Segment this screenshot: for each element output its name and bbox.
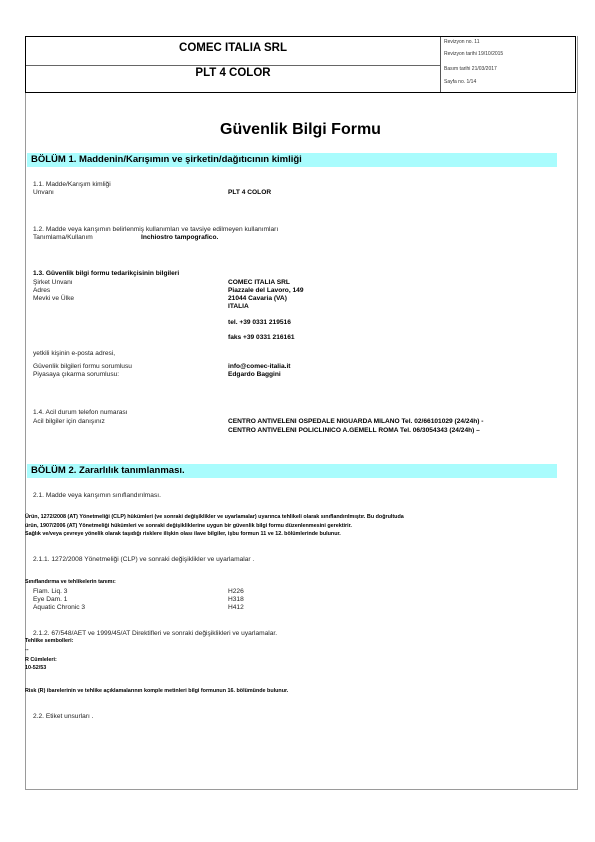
supplier-tel: tel. +39 0331 219516 [228, 319, 291, 326]
r-phrases-note: Risk (R) ibarelerinin ve tehlike açıklam… [25, 688, 288, 694]
s1-3-title: 1.3. Güvenlik bilgi formu tedarikçisinin… [33, 270, 179, 277]
s1-1-title: 1.1. Madde/Karışım kimliği [33, 181, 111, 188]
class-row: Eye Dam. 1 [33, 596, 67, 603]
s2-2-title: 2.2. Etiket unsurları . [33, 713, 93, 720]
print-date: Basım tarihi 21/03/2017 [444, 66, 497, 72]
header-company: COMEC ITALIA SRL [26, 37, 440, 66]
s1-3-label-location: Mevki ve Ülke [33, 295, 74, 302]
s1-4-label: Acil bilgiler için danışınız [33, 418, 105, 425]
class-row: Aquatic Chronic 3 [33, 604, 85, 611]
s2-1-paragraph: Ürün, 1272/2008 (AT) Yönetmeliği (CLP) h… [25, 513, 575, 539]
sds-responsible-label: Güvenlik bilgileri formu sorumlusu [33, 363, 132, 370]
s1-3-label-company: Şirket Unvanı [33, 279, 73, 286]
hazard-symbols-label: Tehlike sembolleri: [25, 638, 73, 644]
s1-2-label: Tanımlama/Kullanım [33, 234, 93, 241]
section-1-heading: BÖLÜM 1. Maddenin/Karışımın ve şirketin/… [27, 153, 557, 167]
sds-responsible-email[interactable]: info@comec-italia.it [228, 363, 291, 370]
supplier-company: COMEC ITALIA SRL [228, 279, 290, 286]
market-responsible-label: Piyasaya çıkarma sorumlusu: [33, 371, 119, 378]
header-left-cell: COMEC ITALIA SRL PLT 4 COLOR [26, 37, 441, 92]
r-phrases-value: 10-52/53 [25, 665, 46, 671]
s1-1-label: Unvanı [33, 189, 54, 196]
revision-date: Revizyon tarihi 19/10/2015 [444, 51, 503, 57]
classification-heading: Sınıflandırma ve tehlikelerin tanımı: [25, 579, 116, 585]
supplier-fax: faks +39 0331 216161 [228, 334, 295, 341]
class-row: Flam. Liq. 3 [33, 588, 67, 595]
supplier-address: Piazzale del Lavoro, 149 [228, 287, 304, 294]
s1-2-value: Inchiostro tampografico. [141, 234, 218, 241]
s2-1-2-title: 2.1.2. 67/548/AET ve 1999/45/AT Direktif… [33, 630, 277, 637]
email-heading: yetkili kişinin e-posta adresi, [33, 350, 115, 357]
s2-1-paragraph-line: ürün, 1907/2006 (AT) Yönetmeliği hükümle… [25, 522, 575, 531]
header-meta: Revizyon no. 11 Revizyon tarihi 19/10/20… [444, 37, 574, 92]
class-code: H412 [228, 604, 244, 611]
document-header: COMEC ITALIA SRL PLT 4 COLOR Revizyon no… [25, 36, 576, 93]
emergency-line-2: CENTRO ANTIVELENI POLICLINICO A.GEMELL R… [228, 427, 480, 434]
s2-1-paragraph-line: Sağlık ve/veya çevreye yönelik olarak ta… [25, 530, 575, 539]
s1-2-title: 1.2. Madde veya karışımın belirlenmiş ku… [33, 226, 278, 233]
class-code: H318 [228, 596, 244, 603]
market-responsible-value: Edgardo Baggini [228, 371, 281, 378]
class-code: H226 [228, 588, 244, 595]
page-number: Sayfa no. 1/14 [444, 79, 476, 85]
supplier-country: ITALIA [228, 303, 249, 310]
s1-3-label-address: Adres [33, 287, 50, 294]
section-2-heading: BÖLÜM 2. Zararlılık tanımlanması. [27, 464, 557, 478]
hazard-symbols-value: -- [25, 647, 29, 653]
supplier-city: 21044 Cavaria (VA) [228, 295, 287, 302]
s1-4-title: 1.4. Acil durum telefon numarası [33, 409, 128, 416]
document-title: Güvenlik Bilgi Formu [25, 121, 576, 139]
revision-number: Revizyon no. 11 [444, 39, 479, 45]
s1-1-value: PLT 4 COLOR [228, 189, 271, 196]
s2-1-title: 2.1. Madde veya karışımın sınıflandırılm… [33, 492, 161, 499]
emergency-line-1: CENTRO ANTIVELENI OSPEDALE NIGUARDA MILA… [228, 418, 484, 425]
r-phrases-label: R Cümleleri: [25, 657, 57, 663]
header-product: PLT 4 COLOR [26, 66, 440, 92]
s2-1-1-title: 2.1.1. 1272/2008 Yönetmeliği (CLP) ve so… [33, 556, 254, 563]
s2-1-paragraph-line: Ürün, 1272/2008 (AT) Yönetmeliği (CLP) h… [25, 513, 575, 522]
